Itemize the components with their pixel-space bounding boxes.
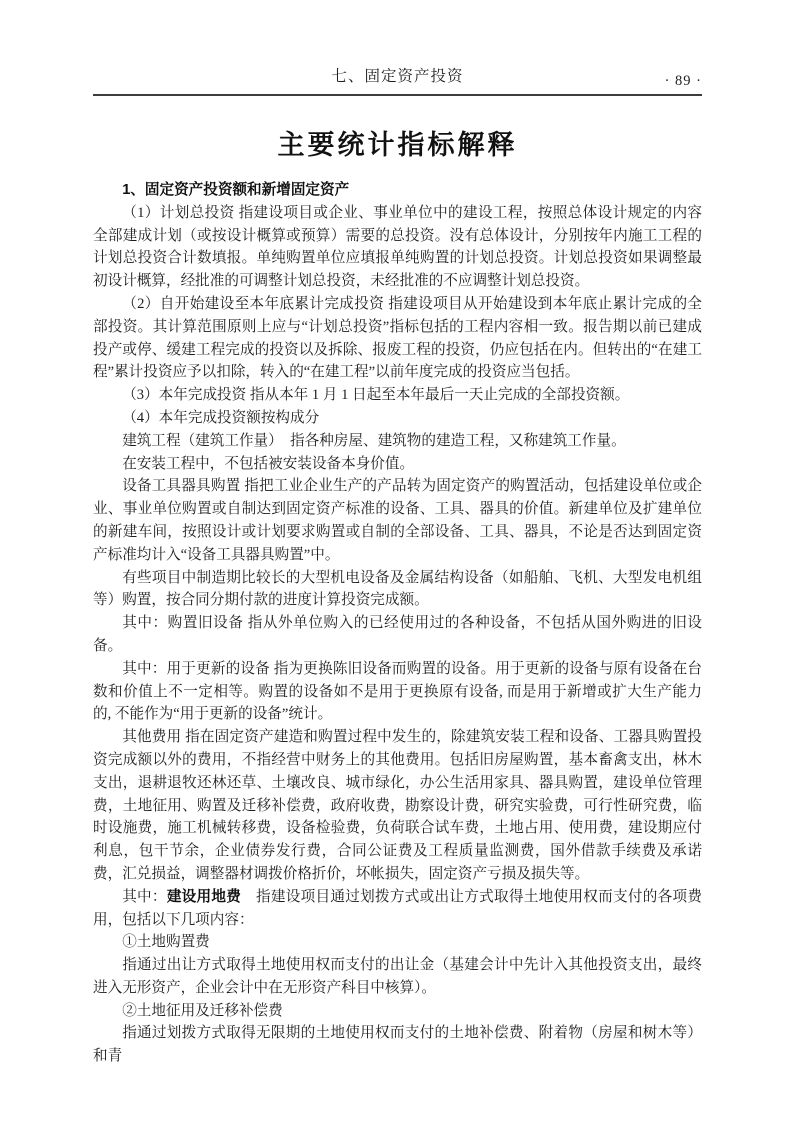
header-page-number: · 89 · bbox=[665, 73, 702, 90]
text-run: 指通过出让方式取得土地使用权而支付的出让金（基建会计中先计入其他投资支出，最终进… bbox=[93, 957, 702, 996]
body-paragraph: 建筑工程（建筑工作量） 指各种房屋、建筑物的建造工程，又称建筑工作量。 bbox=[93, 430, 702, 453]
document-body: 1、固定资产投资额和新增固定资产（1）计划总投资 指建设项目或企业、事业单位中的… bbox=[93, 179, 702, 1068]
body-paragraph: ②土地征用及迁移补偿费 bbox=[93, 1000, 702, 1023]
body-paragraph: 其他费用 指在固定资产建造和购置过程中发生的，除建筑安装工程和设备、工器具购置投… bbox=[93, 726, 702, 886]
text-run: 其中：用于更新的设备 指为更换陈旧设备而购置的设备。用于更新的设备与原有设备在台… bbox=[93, 661, 702, 723]
body-paragraph: （3）本年完成投资 指从本年 1 月 1 日起至本年最后一天止完成的全部投资额。 bbox=[93, 384, 702, 407]
bold-term: 建设用地费 bbox=[167, 889, 241, 905]
text-run: ①土地购置费 bbox=[122, 934, 210, 950]
body-paragraph: （1）计划总投资 指建设项目或企业、事业单位中的建设工程，按照总体设计规定的内容… bbox=[93, 202, 702, 293]
body-paragraph: 在安装工程中，不包括被安装设备本身价值。 bbox=[93, 453, 702, 476]
body-paragraph: ①土地购置费 bbox=[93, 931, 702, 954]
text-run: （3）本年完成投资 指从本年 1 月 1 日起至本年最后一天止完成的全部投资额。 bbox=[122, 387, 629, 403]
body-paragraph: 设备工具器具购置 指把工业企业生产的产品转为固定资产的购置活动，包括建设单位或企… bbox=[93, 475, 702, 566]
header-section-title: 七、固定资产投资 bbox=[331, 68, 463, 85]
document-title: 主要统计指标解释 bbox=[93, 123, 702, 162]
text-run: （1）计划总投资 指建设项目或企业、事业单位中的建设工程，按照总体设计规定的内容… bbox=[93, 205, 702, 289]
body-paragraph: （4）本年完成投资额按构成分 bbox=[93, 407, 702, 430]
bold-term: 1、固定资产投资额和新增固定资产 bbox=[122, 182, 349, 198]
page-content: 七、固定资产投资 · 89 · 主要统计指标解释 1、固定资产投资额和新增固定资… bbox=[0, 64, 793, 1068]
body-paragraph: 有些项目中制造期比较长的大型机电设备及金属结构设备（如船舶、飞机、大型发电机组等… bbox=[93, 567, 702, 613]
text-run: 在安装工程中，不包括被安装设备本身价值。 bbox=[122, 456, 414, 472]
body-paragraph: 其中：用于更新的设备 指为更换陈旧设备而购置的设备。用于更新的设备与原有设备在台… bbox=[93, 658, 702, 726]
text-run: ②土地征用及迁移补偿费 bbox=[122, 1003, 283, 1019]
text-run: 有些项目中制造期比较长的大型机电设备及金属结构设备（如船舶、飞机、大型发电机组等… bbox=[93, 570, 702, 609]
body-paragraph: 其中：购置旧设备 指从外单位购入的已经使用过的各种设备，不包括从国外购进的旧设备… bbox=[93, 612, 702, 658]
text-run: 其中：购置旧设备 指从外单位购入的已经使用过的各种设备，不包括从国外购进的旧设备… bbox=[93, 615, 702, 654]
body-paragraph: 指通过出让方式取得土地使用权而支付的出让金（基建会计中先计入其他投资支出，最终进… bbox=[93, 954, 702, 1000]
body-paragraph: （2）自开始建设至本年底累计完成投资 指建设项目从开始建设到本年底止累计完成的全… bbox=[93, 293, 702, 384]
text-run: 其他费用 指在固定资产建造和购置过程中发生的，除建筑安装工程和设备、工器具购置投… bbox=[93, 729, 702, 882]
text-run: 建筑工程（建筑工作量） 指各种房屋、建筑物的建造工程，又称建筑工作量。 bbox=[122, 433, 626, 449]
text-run: 设备工具器具购置 指把工业企业生产的产品转为固定资产的购置活动，包括建设单位或企… bbox=[93, 478, 702, 562]
text-run: （2）自开始建设至本年底累计完成投资 指建设项目从开始建设到本年底止累计完成的全… bbox=[93, 296, 702, 380]
body-paragraph: 指通过划拨方式取得无限期的土地使用权而支付的土地补偿费、附着物（房屋和树木等）和… bbox=[93, 1022, 702, 1068]
section-heading: 1、固定资产投资额和新增固定资产 bbox=[93, 179, 702, 202]
text-run: （4）本年完成投资额按构成分 bbox=[122, 410, 319, 426]
page-header: 七、固定资产投资 · 89 · bbox=[93, 64, 702, 96]
text-run: 其中： bbox=[122, 889, 167, 905]
text-run: 指通过划拨方式取得无限期的土地使用权而支付的土地补偿费、附着物（房屋和树木等）和… bbox=[93, 1025, 702, 1064]
document-page: 七、固定资产投资 · 89 · 主要统计指标解释 1、固定资产投资额和新增固定资… bbox=[0, 0, 793, 1122]
body-paragraph: 其中：建设用地费 指建设项目通过划拨方式或出让方式取得土地使用权而支付的各项费用… bbox=[93, 886, 702, 932]
